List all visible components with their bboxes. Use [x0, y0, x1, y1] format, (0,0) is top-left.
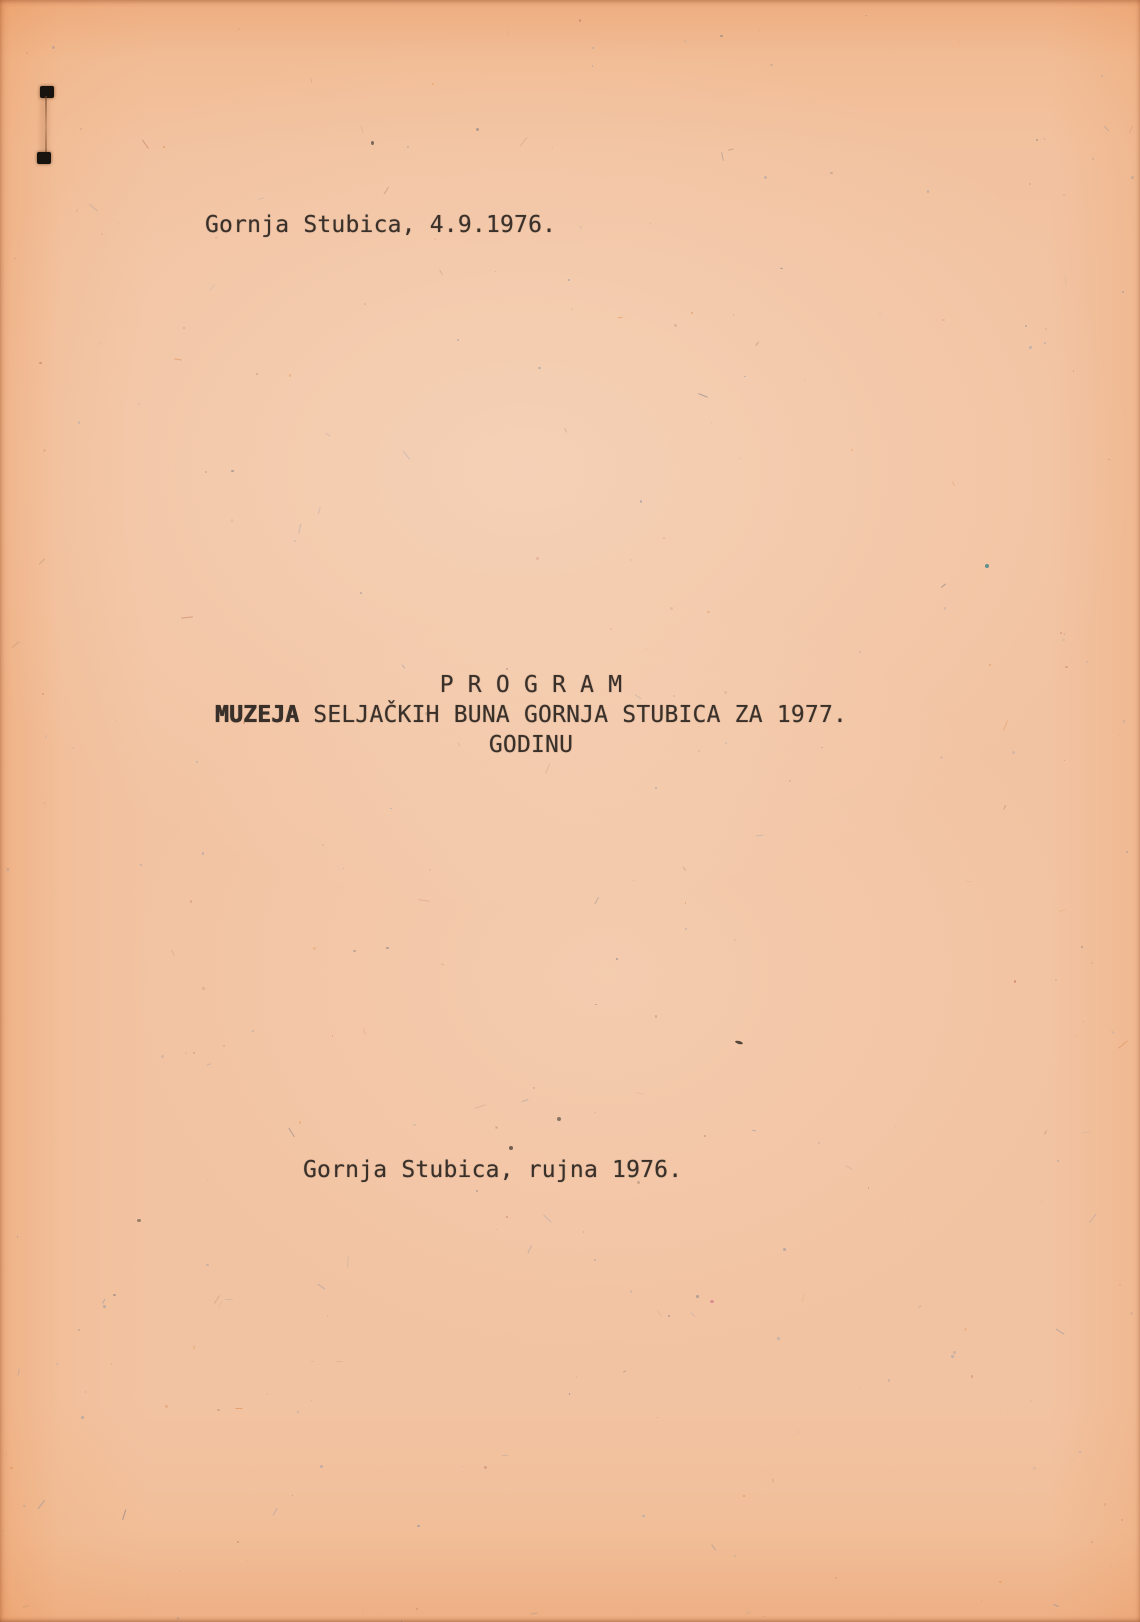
paper-fiber: [1129, 126, 1133, 134]
paper-speck: [5, 1453, 7, 1455]
paper-fiber: [1118, 1040, 1128, 1048]
paper-fiber: [594, 896, 599, 903]
paper-fiber: [801, 1293, 805, 1302]
paper-speck: [851, 449, 853, 451]
paper-speck: [685, 902, 687, 904]
paper-speck: [1063, 194, 1065, 196]
paper-speck: [868, 1187, 870, 1189]
paper-speck: [739, 458, 741, 460]
paper-speck: [959, 41, 961, 43]
paper-speck: [962, 1196, 963, 1197]
paper-fiber: [258, 197, 265, 200]
paper-speck: [835, 1577, 838, 1580]
paper-speck: [830, 172, 833, 175]
paper-fiber: [1089, 1214, 1097, 1224]
paper-speck: [343, 421, 345, 423]
paper-speck: [205, 471, 207, 473]
paper-speck: [674, 324, 677, 327]
paper-speck: [962, 1108, 964, 1110]
paper-speck: [80, 128, 83, 131]
paper-speck: [971, 1375, 974, 1378]
paper-fiber: [544, 763, 549, 774]
paper-speck: [797, 1431, 799, 1433]
paper-speck: [238, 28, 240, 30]
paper-speck: [1086, 661, 1088, 663]
paper-fiber: [1109, 1565, 1112, 1568]
paper-speck: [327, 1315, 328, 1316]
paper-speck: [14, 258, 16, 260]
paper-speck: [668, 1315, 670, 1317]
ink-spot: [371, 141, 374, 145]
paper-speck: [763, 1616, 765, 1618]
paper-fiber: [564, 428, 567, 433]
paper-speck: [646, 648, 647, 649]
paper-speck: [416, 1608, 418, 1610]
paper-speck: [495, 271, 497, 273]
paper-speck: [1014, 980, 1016, 982]
paper-fiber: [38, 1499, 45, 1508]
paper-speck: [26, 52, 29, 55]
paper-speck: [386, 947, 389, 950]
paper-speck: [502, 941, 503, 942]
paper-speck: [390, 808, 392, 810]
paper-fiber: [475, 1104, 486, 1108]
ink-spot: [710, 1300, 714, 1303]
paper-speck: [484, 1466, 487, 1469]
paper-speck: [865, 1445, 866, 1446]
paper-fiber: [325, 432, 330, 436]
paper-speck: [1064, 760, 1066, 762]
paper-speck: [23, 1505, 26, 1508]
paper-fiber: [1103, 126, 1108, 132]
paper-speck: [770, 64, 773, 67]
paper-speck: [165, 1405, 168, 1408]
paper-speck: [1057, 1160, 1059, 1162]
paper-speck: [183, 327, 185, 329]
paper-speck: [734, 939, 736, 941]
paper-speck: [43, 449, 46, 452]
paper-fiber: [17, 1368, 19, 1375]
paper-fiber: [1081, 1131, 1090, 1134]
paper-speck: [944, 607, 947, 610]
paper-speck: [217, 1409, 220, 1412]
paper-speck: [650, 223, 651, 224]
paper-speck: [7, 868, 9, 870]
document-page: Gornja Stubica, 4.9.1976. P R O G R A M …: [0, 0, 1140, 1622]
paper-speck: [1029, 346, 1032, 349]
paper-speck: [252, 1030, 254, 1032]
paper-fiber: [711, 1544, 716, 1551]
paper-speck: [888, 1379, 891, 1382]
title-block: P R O G R A M MUZEJA SELJAČKIH BUNA GORN…: [0, 670, 1062, 760]
paper-fiber: [363, 1028, 366, 1035]
paper-fiber: [89, 203, 98, 211]
staple-wire: [45, 96, 47, 156]
paper-speck: [476, 128, 479, 131]
staple-hole-bottom-icon: [37, 152, 51, 164]
paper-fiber: [288, 1128, 295, 1138]
paper-speck: [343, 868, 345, 870]
paper-speck: [1064, 633, 1066, 635]
paper-speck: [1062, 639, 1065, 642]
paper-speck: [764, 176, 767, 179]
paper-speck: [989, 664, 991, 666]
paper-speck: [1000, 1414, 1001, 1415]
paper-speck: [429, 869, 431, 871]
paper-speck: [1091, 962, 1093, 964]
paper-speck: [633, 880, 634, 881]
paper-fiber: [779, 267, 782, 269]
paper-speck: [163, 146, 165, 148]
paper-fiber: [1111, 1031, 1115, 1035]
paper-speck: [78, 1329, 80, 1331]
paper-speck: [691, 312, 693, 314]
paper-fiber: [142, 140, 149, 150]
paper-speck: [101, 233, 103, 235]
paper-speck: [1025, 325, 1027, 327]
paper-speck: [294, 540, 296, 542]
paper-fiber: [657, 1310, 662, 1316]
paper-speck: [476, 1190, 478, 1192]
paper-speck: [1101, 75, 1103, 77]
paper-speck: [1130, 1312, 1133, 1315]
paper-speck: [103, 1305, 105, 1307]
paper-speck: [927, 190, 930, 193]
paper-speck: [52, 46, 54, 48]
paper-fiber: [623, 1371, 626, 1373]
paper-speck: [879, 313, 880, 314]
paper-speck: [353, 950, 355, 952]
paper-speck: [592, 47, 594, 49]
paper-fiber: [721, 152, 724, 161]
paper-fiber: [235, 1408, 242, 1409]
paper-speck: [462, 1466, 464, 1468]
paper-speck: [223, 1045, 225, 1047]
paper-speck: [1025, 1212, 1026, 1213]
paper-speck: [457, 339, 459, 341]
paper-speck: [595, 1004, 597, 1006]
paper-speck: [417, 1525, 419, 1527]
paper-speck: [533, 1087, 536, 1090]
paper-fiber: [1064, 276, 1066, 285]
paper-speck: [698, 40, 699, 41]
paper-speck: [1065, 666, 1068, 669]
paper-speck: [78, 421, 81, 424]
paper-speck: [594, 1112, 596, 1114]
paper-speck: [538, 367, 541, 370]
paper-fiber: [180, 617, 192, 619]
paper-speck: [759, 30, 761, 32]
paper-speck: [818, 1142, 820, 1144]
paper-speck: [1045, 328, 1047, 330]
paper-speck: [744, 376, 746, 378]
paper-speck: [1073, 370, 1075, 372]
paper-fiber: [952, 481, 955, 486]
staple-hole-top-icon: [40, 86, 54, 98]
paper-speck: [347, 1485, 349, 1487]
paper-fiber: [507, 31, 509, 36]
paper-speck: [733, 314, 735, 316]
paper-speck: [630, 559, 632, 561]
paper-speck: [39, 362, 41, 364]
paper-fiber: [273, 1508, 278, 1516]
paper-speck: [266, 1393, 268, 1395]
title-museum-line: MUZEJA SELJAČKIH BUNA GORNJA STUBICA ZA …: [0, 700, 1062, 730]
paper-speck: [999, 1581, 1001, 1583]
paper-speck: [743, 1495, 745, 1497]
paper-speck: [17, 1236, 18, 1237]
paper-speck: [1108, 459, 1109, 460]
paper-fiber: [684, 40, 687, 43]
paper-speck: [1119, 735, 1121, 737]
paper-speck: [704, 1135, 705, 1136]
paper-fiber: [728, 148, 734, 150]
paper-fiber: [310, 78, 312, 83]
paper-fiber: [965, 880, 972, 882]
paper-fiber: [520, 136, 528, 146]
paper-speck: [720, 35, 723, 38]
paper-fiber: [618, 316, 623, 317]
paper-speck: [206, 1264, 209, 1267]
paper-speck: [193, 1052, 194, 1053]
paper-fiber: [97, 341, 100, 345]
paper-speck: [322, 844, 324, 846]
paper-speck: [942, 319, 945, 322]
paper-speck: [311, 1400, 312, 1401]
paper-speck: [536, 557, 539, 560]
paper-speck: [138, 403, 140, 405]
paper-fiber: [522, 1099, 529, 1102]
paper-speck: [981, 1600, 982, 1601]
paper-fiber: [845, 1165, 852, 1170]
paper-fiber: [209, 284, 215, 291]
paper-speck: [1081, 946, 1083, 948]
paper-speck: [1131, 176, 1134, 179]
paper-speck: [908, 1216, 909, 1217]
paper-speck: [734, 1555, 736, 1557]
paper-speck: [147, 1594, 148, 1595]
paper-speck: [495, 1126, 498, 1129]
paper-speck: [207, 1179, 208, 1180]
paper-fiber: [1059, 909, 1066, 912]
paper-speck: [185, 1052, 187, 1054]
paper-speck: [569, 1393, 571, 1395]
paper-fiber: [752, 1129, 756, 1131]
paper-fiber: [441, 964, 444, 967]
dateline-top: Gornja Stubica, 4.9.1976.: [205, 211, 556, 239]
paper-speck: [1036, 139, 1038, 141]
paper-speck: [42, 794, 43, 795]
paper-speck: [397, 0, 398, 1]
paper-speck: [1060, 632, 1062, 634]
ink-spot: [735, 1040, 744, 1045]
paper-speck: [1126, 851, 1129, 854]
paper-speck: [579, 19, 581, 21]
ink-spot: [985, 564, 989, 568]
paper-speck: [161, 1055, 164, 1058]
paper-speck: [571, 308, 573, 310]
paper-speck: [685, 928, 687, 930]
paper-fiber: [318, 507, 321, 514]
paper-speck: [413, 1124, 416, 1127]
paper-speck: [1119, 1284, 1121, 1286]
paper-speck: [610, 628, 612, 630]
paper-fiber: [171, 950, 175, 955]
paper-speck: [1075, 1035, 1077, 1037]
paper-speck: [1122, 291, 1124, 293]
paper-speck: [237, 1541, 239, 1543]
paper-speck: [1030, 1400, 1032, 1402]
paper-speck: [1091, 1541, 1093, 1543]
paper-speck: [777, 1337, 780, 1340]
paper-speck: [951, 1355, 953, 1357]
paper-fiber: [1053, 1603, 1059, 1607]
title-museum-rest: SELJAČKIH BUNA GORNJA STUBICA ZA 1977.: [299, 702, 847, 728]
paper-fiber: [206, 1063, 211, 1066]
paper-fiber: [502, 1455, 508, 1456]
paper-fiber: [214, 1295, 220, 1304]
paper-speck: [118, 223, 120, 225]
paper-speck: [496, 1127, 497, 1128]
ink-spot: [509, 1146, 513, 1150]
paper-speck: [696, 1295, 699, 1298]
paper-speck: [1104, 1503, 1107, 1506]
paper-fiber: [691, 1312, 696, 1317]
paper-speck: [247, 1560, 248, 1561]
title-program-line: P R O G R A M: [0, 670, 1062, 700]
paper-speck: [1055, 979, 1057, 981]
paper-fiber: [918, 1305, 921, 1308]
paper-speck: [895, 1126, 897, 1128]
paper-speck: [1072, 1460, 1073, 1461]
paper-speck: [177, 1617, 180, 1620]
paper-fiber: [193, 1346, 194, 1350]
paper-speck: [456, 1371, 457, 1372]
paper-fiber: [1055, 1329, 1064, 1335]
paper-fiber: [346, 1256, 348, 1268]
paper-speck: [711, 422, 713, 424]
paper-fiber: [360, 125, 364, 133]
paper-fiber: [383, 186, 389, 194]
paper-fiber: [580, 226, 582, 229]
paper-speck: [360, 592, 362, 594]
paper-speck: [670, 607, 673, 610]
paper-fiber: [311, 1360, 314, 1361]
paper-speck: [583, 1231, 585, 1233]
paper-speck: [552, 147, 553, 148]
paper-speck: [313, 947, 316, 950]
paper-speck: [859, 651, 861, 653]
paper-speck: [1033, 1467, 1035, 1469]
paper-speck: [616, 958, 618, 960]
paper-speck: [576, 1376, 578, 1378]
paper-speck: [642, 1515, 644, 1517]
paper-fiber: [225, 1299, 233, 1300]
paper-speck: [140, 864, 142, 866]
paper-fiber: [318, 1283, 326, 1289]
paper-fiber: [1044, 1130, 1047, 1135]
paper-speck: [111, 1363, 113, 1365]
paper-fiber: [1123, 719, 1125, 723]
paper-speck: [657, 1417, 658, 1418]
paper-speck: [964, 1328, 967, 1331]
paper-speck: [859, 1388, 860, 1389]
paper-fiber: [636, 1092, 644, 1096]
paper-fiber: [698, 393, 708, 398]
paper-fiber: [22, 1605, 29, 1608]
paper-speck: [231, 519, 233, 521]
paper-speck: [81, 1416, 84, 1419]
paper-speck: [10, 1467, 13, 1470]
paper-speck: [113, 1294, 115, 1296]
paper-speck: [594, 1259, 596, 1261]
paper-fiber: [531, 1612, 538, 1614]
paper-speck: [655, 1015, 658, 1018]
paper-speck: [1044, 342, 1046, 344]
paper-speck: [332, 1035, 334, 1037]
paper-speck: [496, 1229, 497, 1230]
paper-fiber: [12, 641, 20, 648]
paper-fiber: [756, 341, 759, 345]
paper-speck: [1083, 1021, 1084, 1022]
paper-speck: [2, 1530, 4, 1532]
title-godinu-line: GODINU: [0, 730, 1062, 760]
paper-fiber: [299, 524, 302, 534]
paper-speck: [804, 379, 805, 380]
paper-speck: [364, 303, 366, 305]
paper-speck: [299, 1121, 302, 1124]
paper-speck: [1092, 158, 1094, 160]
paper-speck: [789, 780, 791, 782]
paper-speck: [783, 1248, 786, 1251]
title-museum-word: MUZEJA: [215, 702, 299, 728]
paper-texture: [0, 0, 1140, 1622]
paper-speck: [85, 1391, 87, 1393]
paper-speck: [231, 470, 234, 473]
paper-speck: [655, 787, 657, 789]
paper-speck: [1041, 1201, 1042, 1202]
paper-fiber: [747, 1611, 752, 1615]
paper-fiber: [941, 583, 946, 587]
paper-fiber: [174, 359, 182, 361]
paper-speck: [76, 209, 79, 212]
paper-speck: [289, 374, 292, 377]
paper-fiber: [335, 1360, 342, 1361]
paper-speck: [179, 1570, 181, 1572]
paper-speck: [865, 15, 866, 16]
paper-speck: [202, 987, 205, 990]
paper-fiber: [418, 899, 430, 902]
ink-spot: [557, 1117, 561, 1121]
paper-fiber: [527, 1245, 532, 1254]
paper-speck: [630, 1290, 633, 1293]
paper-speck: [707, 611, 710, 614]
paper-speck: [256, 373, 258, 375]
paper-fiber: [439, 269, 443, 275]
paper-speck: [568, 279, 571, 282]
paper-speck: [1079, 1451, 1081, 1453]
paper-fiber: [38, 558, 44, 564]
paper-speck: [292, 1495, 293, 1496]
paper-speck: [432, 83, 434, 85]
paper-fiber: [772, 1478, 774, 1482]
paper-speck: [196, 761, 198, 763]
paper-fiber: [403, 451, 411, 460]
paper-speck: [56, 1363, 58, 1365]
paper-speck: [581, 1605, 582, 1606]
paper-fiber: [756, 835, 764, 837]
paper-speck: [43, 802, 46, 805]
